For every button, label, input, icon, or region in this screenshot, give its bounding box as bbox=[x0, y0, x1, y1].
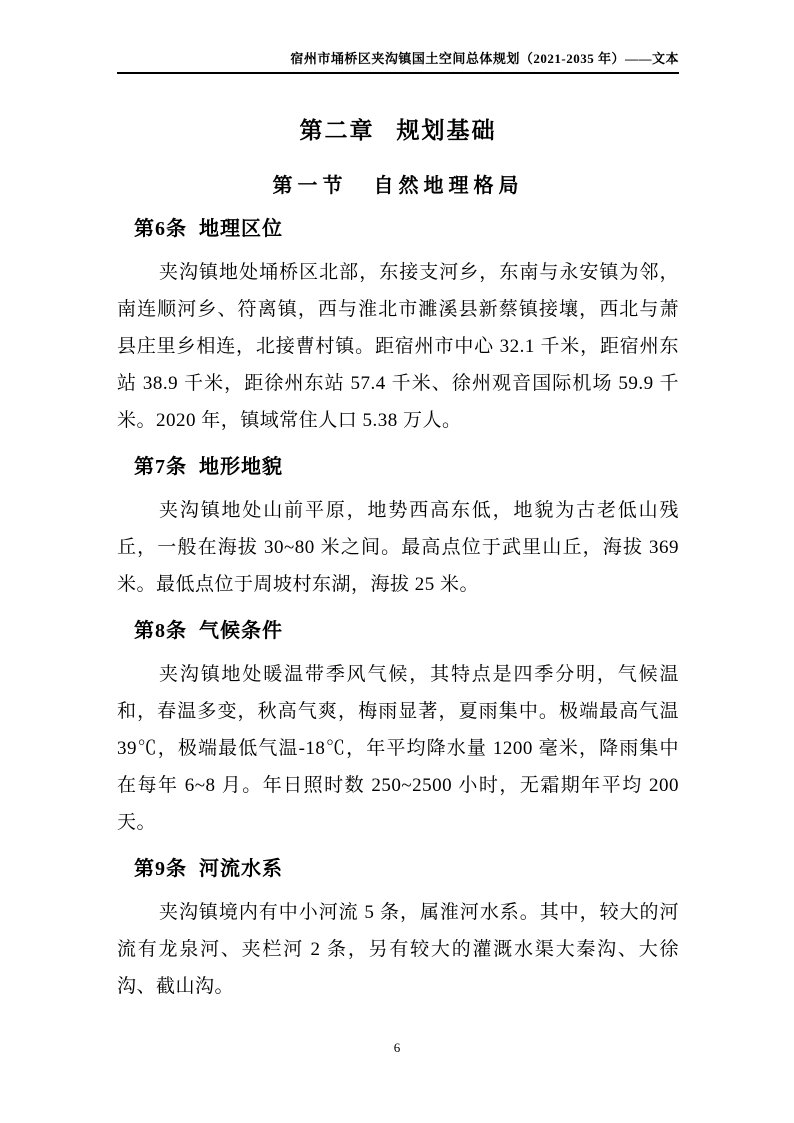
running-header-title: 宿州市埇桥区夹沟镇国土空间总体规划（2021-2035 年）——文本 bbox=[290, 51, 679, 66]
running-header: 宿州市埇桥区夹沟镇国土空间总体规划（2021-2035 年）——文本 bbox=[117, 0, 679, 74]
article-label: 第7条 bbox=[134, 456, 187, 478]
article-label: 第6条 bbox=[134, 218, 187, 240]
chapter-label: 第二章 bbox=[300, 117, 375, 143]
article-label: 第9条 bbox=[134, 858, 187, 880]
article-7: 第7条地形地貌 夹沟镇地处山前平原，地势西高东低，地貌为古老低山残丘，一般在海拔… bbox=[117, 452, 679, 603]
section-name: 自然地理格局 bbox=[374, 175, 524, 197]
chapter-name: 规划基础 bbox=[397, 117, 497, 143]
article-heading: 第6条地理区位 bbox=[134, 214, 679, 244]
section-label: 第一节 bbox=[273, 175, 348, 197]
chapter-title: 第二章规划基础 bbox=[117, 113, 679, 147]
article-body: 夹沟镇地处埇桥区北部，东接支河乡，东南与永安镇为邻，南连顺河乡、符离镇，西与淮北… bbox=[117, 254, 679, 439]
article-body: 夹沟镇境内有中小河流 5 条，属淮河水系。其中，较大的河流有龙泉河、夹栏河 2 … bbox=[117, 894, 679, 1005]
document-page: 宿州市埇桥区夹沟镇国土空间总体规划（2021-2035 年）——文本 第二章规划… bbox=[0, 0, 794, 1123]
page-number: 6 bbox=[0, 1040, 794, 1055]
article-heading: 第8条气候条件 bbox=[134, 616, 679, 646]
section-title: 第一节自然地理格局 bbox=[117, 171, 679, 201]
article-9: 第9条河流水系 夹沟镇境内有中小河流 5 条，属淮河水系。其中，较大的河流有龙泉… bbox=[117, 854, 679, 1005]
article-title: 地理区位 bbox=[199, 218, 283, 240]
article-heading: 第9条河流水系 bbox=[134, 854, 679, 884]
article-8: 第8条气候条件 夹沟镇地处暖温带季风气候，其特点是四季分明，气候温和，春温多变，… bbox=[117, 616, 679, 841]
article-label: 第8条 bbox=[134, 620, 187, 642]
article-title: 气候条件 bbox=[199, 620, 283, 642]
article-title: 地形地貌 bbox=[199, 456, 283, 478]
article-body: 夹沟镇地处暖温带季风气候，其特点是四季分明，气候温和，春温多变，秋高气爽，梅雨显… bbox=[117, 656, 679, 841]
article-body: 夹沟镇地处山前平原，地势西高东低，地貌为古老低山残丘，一般在海拔 30~80 米… bbox=[117, 492, 679, 603]
article-6: 第6条地理区位 夹沟镇地处埇桥区北部，东接支河乡，东南与永安镇为邻，南连顺河乡、… bbox=[117, 214, 679, 439]
article-heading: 第7条地形地貌 bbox=[134, 452, 679, 482]
article-title: 河流水系 bbox=[199, 858, 283, 880]
page-content: 宿州市埇桥区夹沟镇国土空间总体规划（2021-2035 年）——文本 第二章规划… bbox=[117, 0, 679, 1005]
